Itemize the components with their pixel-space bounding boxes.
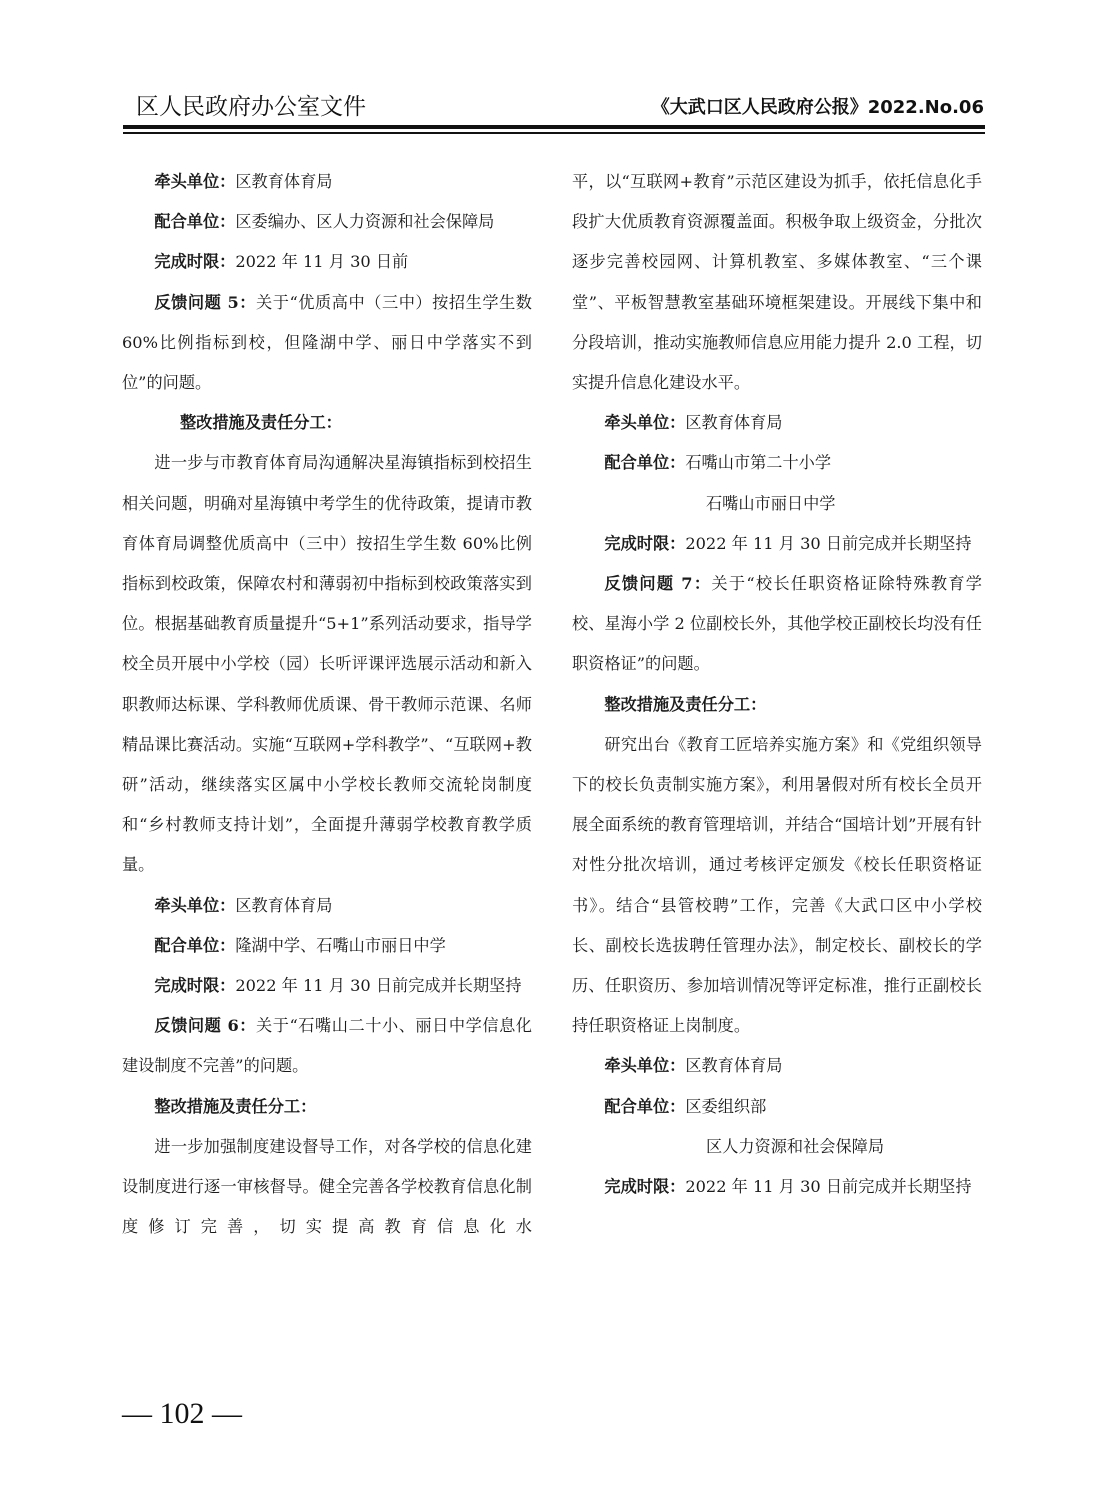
lead-unit-line: 牵头单位：区教育体育局 bbox=[572, 1046, 982, 1086]
deadline-label: 完成时限： bbox=[604, 1177, 685, 1196]
coop-unit-value: 区委编办、区人力资源和社会保障局 bbox=[235, 212, 494, 231]
coop-unit-label: 配合单位： bbox=[154, 936, 235, 955]
lead-unit-label: 牵头单位： bbox=[604, 413, 685, 432]
deadline-value: 2022 年 11 月 30 日前 bbox=[235, 252, 408, 271]
left-column: 牵头单位：区教育体育局 配合单位：区委编办、区人力资源和社会保障局 完成时限：2… bbox=[122, 162, 532, 1247]
deadline-line: 完成时限：2022 年 11 月 30 日前 bbox=[122, 242, 532, 282]
coop-unit-label: 配合单位： bbox=[604, 453, 685, 472]
issue-5-label: 反馈问题 5： bbox=[154, 293, 256, 312]
lead-unit-label: 牵头单位： bbox=[154, 896, 235, 915]
issue-6: 反馈问题 6：关于“石嘴山二十小、丽日中学信息化建设制度不完善”的问题。 bbox=[122, 1006, 532, 1086]
header-rule-thick bbox=[123, 125, 985, 129]
deadline-label: 完成时限： bbox=[154, 976, 235, 995]
coop-unit-line: 配合单位：隆湖中学、石嘴山市丽日中学 bbox=[122, 926, 532, 966]
coop-unit-value: 隆湖中学、石嘴山市丽日中学 bbox=[235, 936, 445, 955]
issue-7-label: 反馈问题 7： bbox=[604, 574, 711, 593]
deadline-value: 2022 年 11 月 30 日前完成并长期坚持 bbox=[235, 976, 521, 995]
lead-unit-label: 牵头单位： bbox=[604, 1056, 685, 1075]
deadline-line: 完成时限：2022 年 11 月 30 日前完成并长期坚持 bbox=[572, 1167, 982, 1207]
lead-unit-value: 区教育体育局 bbox=[235, 172, 332, 191]
lead-unit-value: 区教育体育局 bbox=[685, 413, 782, 432]
coop-unit-label: 配合单位： bbox=[154, 212, 235, 231]
lead-unit-line: 牵头单位：区教育体育局 bbox=[122, 886, 532, 926]
issue-6-label: 反馈问题 6： bbox=[154, 1016, 256, 1035]
coop-unit-label: 配合单位： bbox=[604, 1097, 685, 1116]
header-rule-thin bbox=[123, 132, 985, 134]
publication-title: 《大武口区人民政府公报》2022.No.06 bbox=[652, 94, 984, 122]
coop-unit-line: 配合单位：区委组织部 bbox=[572, 1087, 982, 1127]
right-column: 平，以“互联网+教育”示范区建设为抓手，依托信息化手段扩大优质教育资源覆盖面。积… bbox=[572, 162, 982, 1207]
measures-7-heading: 整改措施及责任分工： bbox=[572, 685, 982, 725]
lead-unit-label: 牵头单位： bbox=[154, 172, 235, 191]
lead-unit-line: 牵头单位：区教育体育局 bbox=[122, 162, 532, 202]
issue-5: 反馈问题 5：关于“优质高中（三中）按招生学生数 60%比例指标到校，但隆湖中学… bbox=[122, 283, 532, 404]
coop-unit-value-2: 区人力资源和社会保障局 bbox=[572, 1127, 982, 1167]
page-number: — 102 — bbox=[122, 1396, 242, 1432]
coop-unit-value: 区委组织部 bbox=[685, 1097, 766, 1116]
lead-unit-value: 区教育体育局 bbox=[235, 896, 332, 915]
deadline-label: 完成时限： bbox=[154, 252, 235, 271]
measures-6-text-continued: 平，以“互联网+教育”示范区建设为抓手，依托信息化手段扩大优质教育资源覆盖面。积… bbox=[572, 162, 982, 403]
coop-unit-value: 石嘴山市第二十小学 bbox=[685, 453, 831, 472]
coop-unit-line: 配合单位：区委编办、区人力资源和社会保障局 bbox=[122, 202, 532, 242]
measures-6-text: 进一步加强制度建设督导工作，对各学校的信息化建设制度进行逐一审核督导。健全完善各… bbox=[122, 1127, 532, 1248]
issue-7: 反馈问题 7：关于“校长任职资格证除特殊教育学校、星海小学 2 位副校长外，其他… bbox=[572, 564, 982, 685]
measures-6-heading: 整改措施及责任分工： bbox=[122, 1087, 532, 1127]
coop-unit-line: 配合单位：石嘴山市第二十小学 bbox=[572, 443, 982, 483]
document-category: 区人民政府办公室文件 bbox=[136, 92, 366, 122]
measures-7-text: 研究出台《教育工匠培养实施方案》和《党组织领导下的校长负责制实施方案》，利用暑假… bbox=[572, 725, 982, 1047]
lead-unit-value: 区教育体育局 bbox=[685, 1056, 782, 1075]
lead-unit-line: 牵头单位：区教育体育局 bbox=[572, 403, 982, 443]
coop-unit-value-2: 石嘴山市丽日中学 bbox=[572, 484, 982, 524]
measures-5-text: 进一步与市教育体育局沟通解决星海镇指标到校招生相关问题，明确对星海镇中考学生的优… bbox=[122, 443, 532, 885]
deadline-line: 完成时限：2022 年 11 月 30 日前完成并长期坚持 bbox=[122, 966, 532, 1006]
deadline-label: 完成时限： bbox=[604, 534, 685, 553]
deadline-value: 2022 年 11 月 30 日前完成并长期坚持 bbox=[685, 1177, 971, 1196]
deadline-line: 完成时限：2022 年 11 月 30 日前完成并长期坚持 bbox=[572, 524, 982, 564]
page-header: 区人民政府办公室文件 《大武口区人民政府公报》2022.No.06 bbox=[136, 92, 984, 122]
deadline-value: 2022 年 11 月 30 日前完成并长期坚持 bbox=[685, 534, 971, 553]
measures-5-heading: 整改措施及责任分工： bbox=[122, 403, 532, 443]
